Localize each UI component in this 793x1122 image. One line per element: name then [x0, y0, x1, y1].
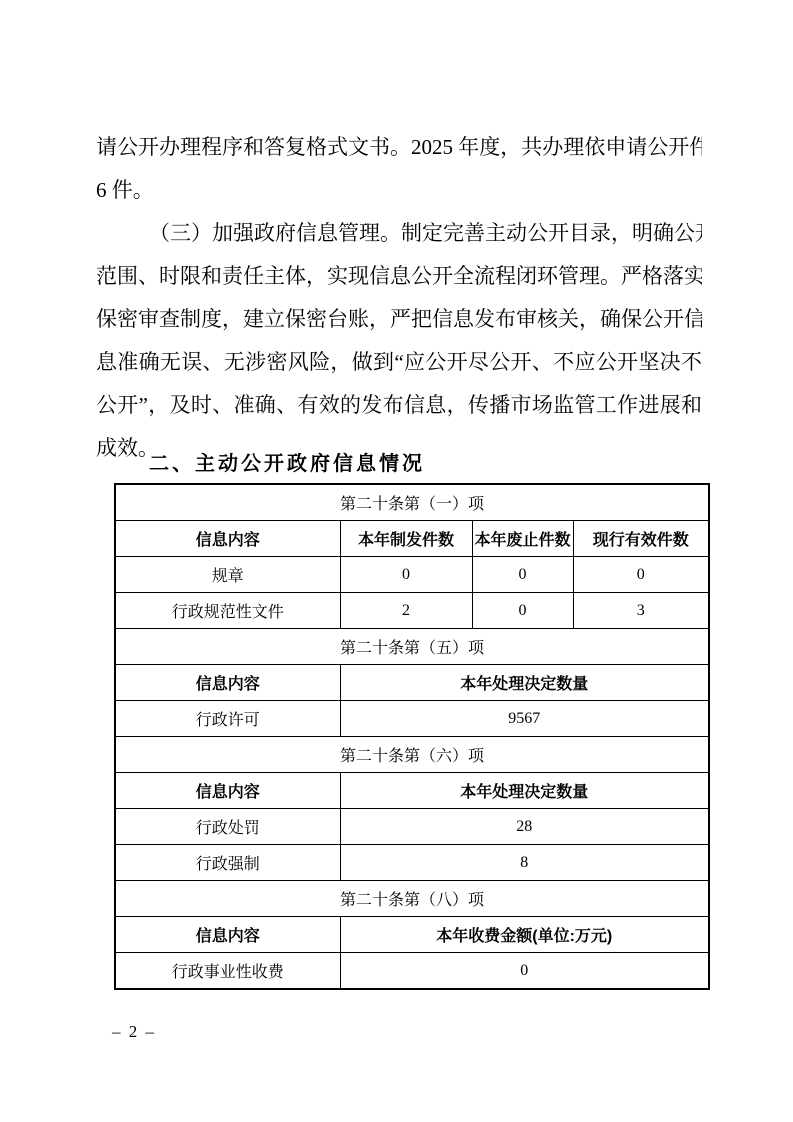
table-cell-value: 0 [472, 593, 573, 629]
table-header-cell: 信息内容 [115, 665, 340, 701]
table-row: 行政许可 9567 [115, 701, 709, 737]
table-row: 信息内容 本年制发件数 本年废止件数 现行有效件数 [115, 521, 709, 557]
table-row: 第二十条第（一）项 [115, 484, 709, 521]
table-section-title: 第二十条第（六）项 [115, 737, 709, 773]
disclosure-statistics-table: 第二十条第（一）项 信息内容 本年制发件数 本年废止件数 现行有效件数 规章 0… [114, 483, 710, 990]
table-row: 信息内容 本年处理决定数量 [115, 773, 709, 809]
table-section-title: 第二十条第（八）项 [115, 881, 709, 917]
section-heading: 二、主动公开政府信息情况 [96, 447, 702, 482]
table-row: 第二十条第（六）项 [115, 737, 709, 773]
table-cell-value: 9567 [340, 701, 709, 737]
paragraph-line: 请公开办理程序和答复格式文书。2025 年度，共办理依申请公开件 [96, 126, 702, 169]
paragraph-line: 6 件。 [96, 169, 702, 212]
table-row: 行政规范性文件 2 0 3 [115, 593, 709, 629]
table-cell-label: 行政处罚 [115, 809, 340, 845]
table-cell-value: 3 [573, 593, 709, 629]
paragraph-line: （三）加强政府信息管理。制定完善主动公开目录，明确公开 [96, 212, 702, 255]
table-section-title: 第二十条第（五）项 [115, 629, 709, 665]
table-cell-label: 行政规范性文件 [115, 593, 340, 629]
table-row: 第二十条第（五）项 [115, 629, 709, 665]
table-row: 信息内容 本年收费金额(单位:万元) [115, 917, 709, 953]
table-cell-value: 0 [340, 557, 472, 593]
table-row: 行政处罚 28 [115, 809, 709, 845]
table-header-cell: 本年处理决定数量 [340, 773, 709, 809]
table-section-title: 第二十条第（一）项 [115, 484, 709, 521]
body-text: 请公开办理程序和答复格式文书。2025 年度，共办理依申请公开件 6 件。 （三… [96, 126, 702, 470]
table-cell-value: 0 [340, 953, 709, 990]
table-cell-label: 行政强制 [115, 845, 340, 881]
paragraph-line: 公开”，及时、准确、有效的发布信息，传播市场监管工作进展和 [96, 384, 702, 427]
table-cell-value: 28 [340, 809, 709, 845]
table-cell-value: 8 [340, 845, 709, 881]
table-header-cell: 本年废止件数 [472, 521, 573, 557]
table-cell-label: 行政事业性收费 [115, 953, 340, 990]
table-row: 行政事业性收费 0 [115, 953, 709, 990]
table-header-cell: 现行有效件数 [573, 521, 709, 557]
table-cell-label: 规章 [115, 557, 340, 593]
table-header-cell: 信息内容 [115, 773, 340, 809]
table-cell-value: 0 [472, 557, 573, 593]
table-cell-label: 行政许可 [115, 701, 340, 737]
table-cell-value: 2 [340, 593, 472, 629]
table-header-cell: 本年制发件数 [340, 521, 472, 557]
table-row: 第二十条第（八）项 [115, 881, 709, 917]
table-header-cell: 本年收费金额(单位:万元) [340, 917, 709, 953]
document-page: 请公开办理程序和答复格式文书。2025 年度，共办理依申请公开件 6 件。 （三… [0, 0, 793, 1122]
table-header-cell: 本年处理决定数量 [340, 665, 709, 701]
table-header-cell: 信息内容 [115, 917, 340, 953]
table-row: 规章 0 0 0 [115, 557, 709, 593]
table-cell-value: 0 [573, 557, 709, 593]
page-number: – 2 – [112, 1018, 156, 1046]
table-row: 行政强制 8 [115, 845, 709, 881]
paragraph-line: 范围、时限和责任主体，实现信息公开全流程闭环管理。严格落实 [96, 255, 702, 298]
paragraph-line: 息准确无误、无涉密风险，做到“应公开尽公开、不应公开坚决不 [96, 341, 702, 384]
table-row: 信息内容 本年处理决定数量 [115, 665, 709, 701]
paragraph-line: 保密审查制度，建立保密台账，严把信息发布审核关，确保公开信 [96, 298, 702, 341]
table-header-cell: 信息内容 [115, 521, 340, 557]
